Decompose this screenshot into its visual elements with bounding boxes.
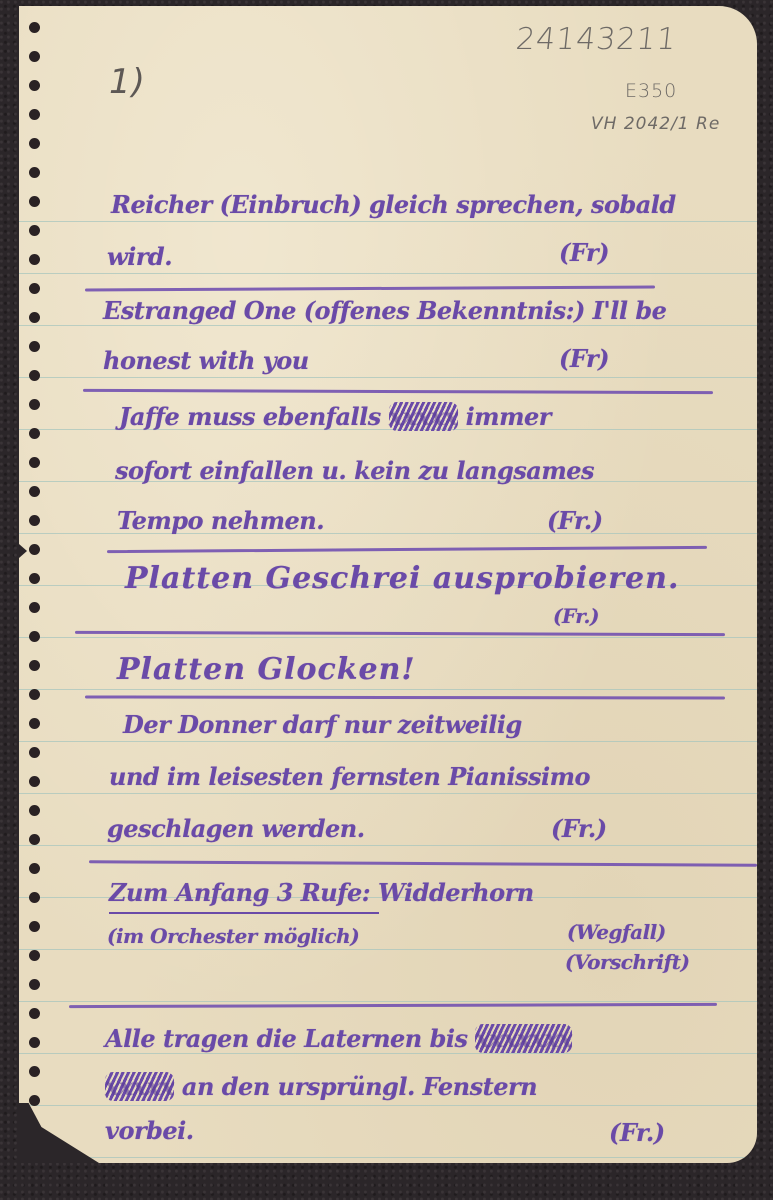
binding-hole: [29, 428, 40, 439]
note-4-line-1: Platten Geschrei ausprobieren.: [125, 561, 679, 596]
underline: [109, 912, 379, 914]
ruled-line: [19, 221, 757, 222]
ruled-line: [19, 1001, 757, 1002]
note-7-bracket-2: (Vorschrift): [565, 950, 689, 974]
note-2-initials: (Fr): [559, 344, 609, 373]
ruled-line: [19, 689, 757, 690]
note-6-line-2: und im leisesten fernsten Pianissimo: [109, 762, 590, 791]
note-3-line-1: Jaffe muss ebenfalls xxxxx immer: [119, 402, 551, 431]
section-divider: [85, 695, 725, 699]
binding-hole: [29, 457, 40, 468]
binding-hole: [29, 979, 40, 990]
note-7-line-1: Zum Anfang 3 Rufe: Widderhorn: [109, 878, 534, 907]
binding-hole: [29, 805, 40, 816]
ruled-line: [19, 637, 757, 638]
notebook-page: 1) 24143211 E350 VH 2042/1 Re Reicher (E…: [19, 6, 757, 1163]
ruled-line: [19, 1105, 757, 1106]
item-number: 1): [109, 62, 146, 102]
binding-hole: [29, 138, 40, 149]
note-8-text-a: Alle tragen die Laternen bis: [105, 1024, 468, 1053]
struck-out-word: xxxxxxx: [475, 1024, 572, 1053]
section-divider: [75, 631, 725, 636]
torn-corner: [19, 1103, 99, 1163]
binding-hole: [29, 747, 40, 758]
binding-hole: [29, 1008, 40, 1019]
note-6-line-1: Der Donner darf nur zeitweilig: [123, 710, 522, 739]
note-4-initials: (Fr.): [553, 604, 599, 628]
note-8-line-3: vorbei.: [105, 1116, 194, 1145]
note-3-text-b: immer: [466, 402, 551, 431]
binding-hole: [29, 283, 40, 294]
reference-code: VH 2042/1 Re: [591, 114, 720, 134]
binding-hole: [29, 80, 40, 91]
struck-out-word: xxxxx: [389, 402, 458, 431]
note-1-line-1: Reicher (Einbruch) gleich sprechen, soba…: [111, 190, 676, 219]
ruled-line: [19, 793, 757, 794]
note-7-bracket-1: (Wegfall): [567, 920, 666, 944]
binding-hole: [29, 921, 40, 932]
binding-hole: [29, 1037, 40, 1048]
note-8-line-1: Alle tragen die Laternen bis xxxxxxx: [105, 1024, 572, 1053]
binding-hole: [29, 689, 40, 700]
note-1-line-2: wird.: [107, 242, 172, 271]
binding-hole: [29, 892, 40, 903]
binding-hole: [29, 660, 40, 671]
binding-hole: [29, 1095, 40, 1106]
ruled-line: [19, 273, 757, 274]
binding-hole: [29, 109, 40, 120]
ruled-line: [19, 377, 757, 378]
section-divider: [85, 286, 655, 292]
ruled-line: [19, 325, 757, 326]
binding-hole: [29, 196, 40, 207]
note-2-line-1: Estranged One (offenes Bekenntnis:) I'll…: [103, 296, 666, 325]
binding-hole: [29, 254, 40, 265]
note-6-initials: (Fr.): [551, 814, 607, 843]
ruled-line: [19, 845, 757, 846]
binding-hole: [29, 950, 40, 961]
binding-hole: [29, 1066, 40, 1077]
binding-hole: [29, 51, 40, 62]
ruled-line: [19, 741, 757, 742]
note-3-line-2: sofort einfallen u. kein zu langsames: [115, 456, 594, 485]
binding-hole: [29, 631, 40, 642]
section-divider: [107, 546, 707, 553]
note-8-text-b: an den ursprüngl. Fenstern: [182, 1072, 537, 1101]
note-8-initials: (Fr.): [609, 1118, 665, 1147]
note-1-initials: (Fr): [559, 238, 609, 267]
binding-hole: [29, 312, 40, 323]
note-3-initials: (Fr.): [547, 506, 603, 535]
binding-hole: [29, 863, 40, 874]
binding-hole: [29, 718, 40, 729]
binding-hole: [29, 573, 40, 584]
binding-hole: [29, 486, 40, 497]
section-divider: [89, 860, 757, 866]
note-2-line-2: honest with you: [103, 346, 309, 375]
binding-hole: [29, 544, 40, 555]
struck-out-word: xxxxx: [105, 1072, 174, 1101]
binding-hole: [29, 370, 40, 381]
binding-hole: [29, 22, 40, 33]
binding-hole: [29, 776, 40, 787]
note-8-line-2: xxxxx an den ursprüngl. Fenstern: [105, 1072, 537, 1101]
binding-hole: [29, 602, 40, 613]
note-7-line-2: (im Orchester möglich): [107, 924, 359, 948]
ruled-line: [19, 1157, 757, 1158]
ruled-line: [19, 1053, 757, 1054]
shelf-code: E350: [625, 80, 677, 102]
section-divider: [69, 1003, 717, 1008]
note-3-line-3: Tempo nehmen.: [117, 506, 324, 535]
binding-hole: [29, 225, 40, 236]
section-divider: [83, 389, 713, 394]
torn-notch: [19, 544, 27, 558]
note-5-line-1: Platten Glocken!: [117, 652, 416, 687]
note-6-line-3: geschlagen werden.: [107, 814, 365, 843]
binding-hole: [29, 834, 40, 845]
binding-hole: [29, 341, 40, 352]
binding-hole: [29, 167, 40, 178]
note-3-text-a: Jaffe muss ebenfalls: [119, 402, 381, 431]
binding-hole: [29, 399, 40, 410]
archive-number: 24143211: [514, 22, 678, 57]
binding-hole: [29, 515, 40, 526]
